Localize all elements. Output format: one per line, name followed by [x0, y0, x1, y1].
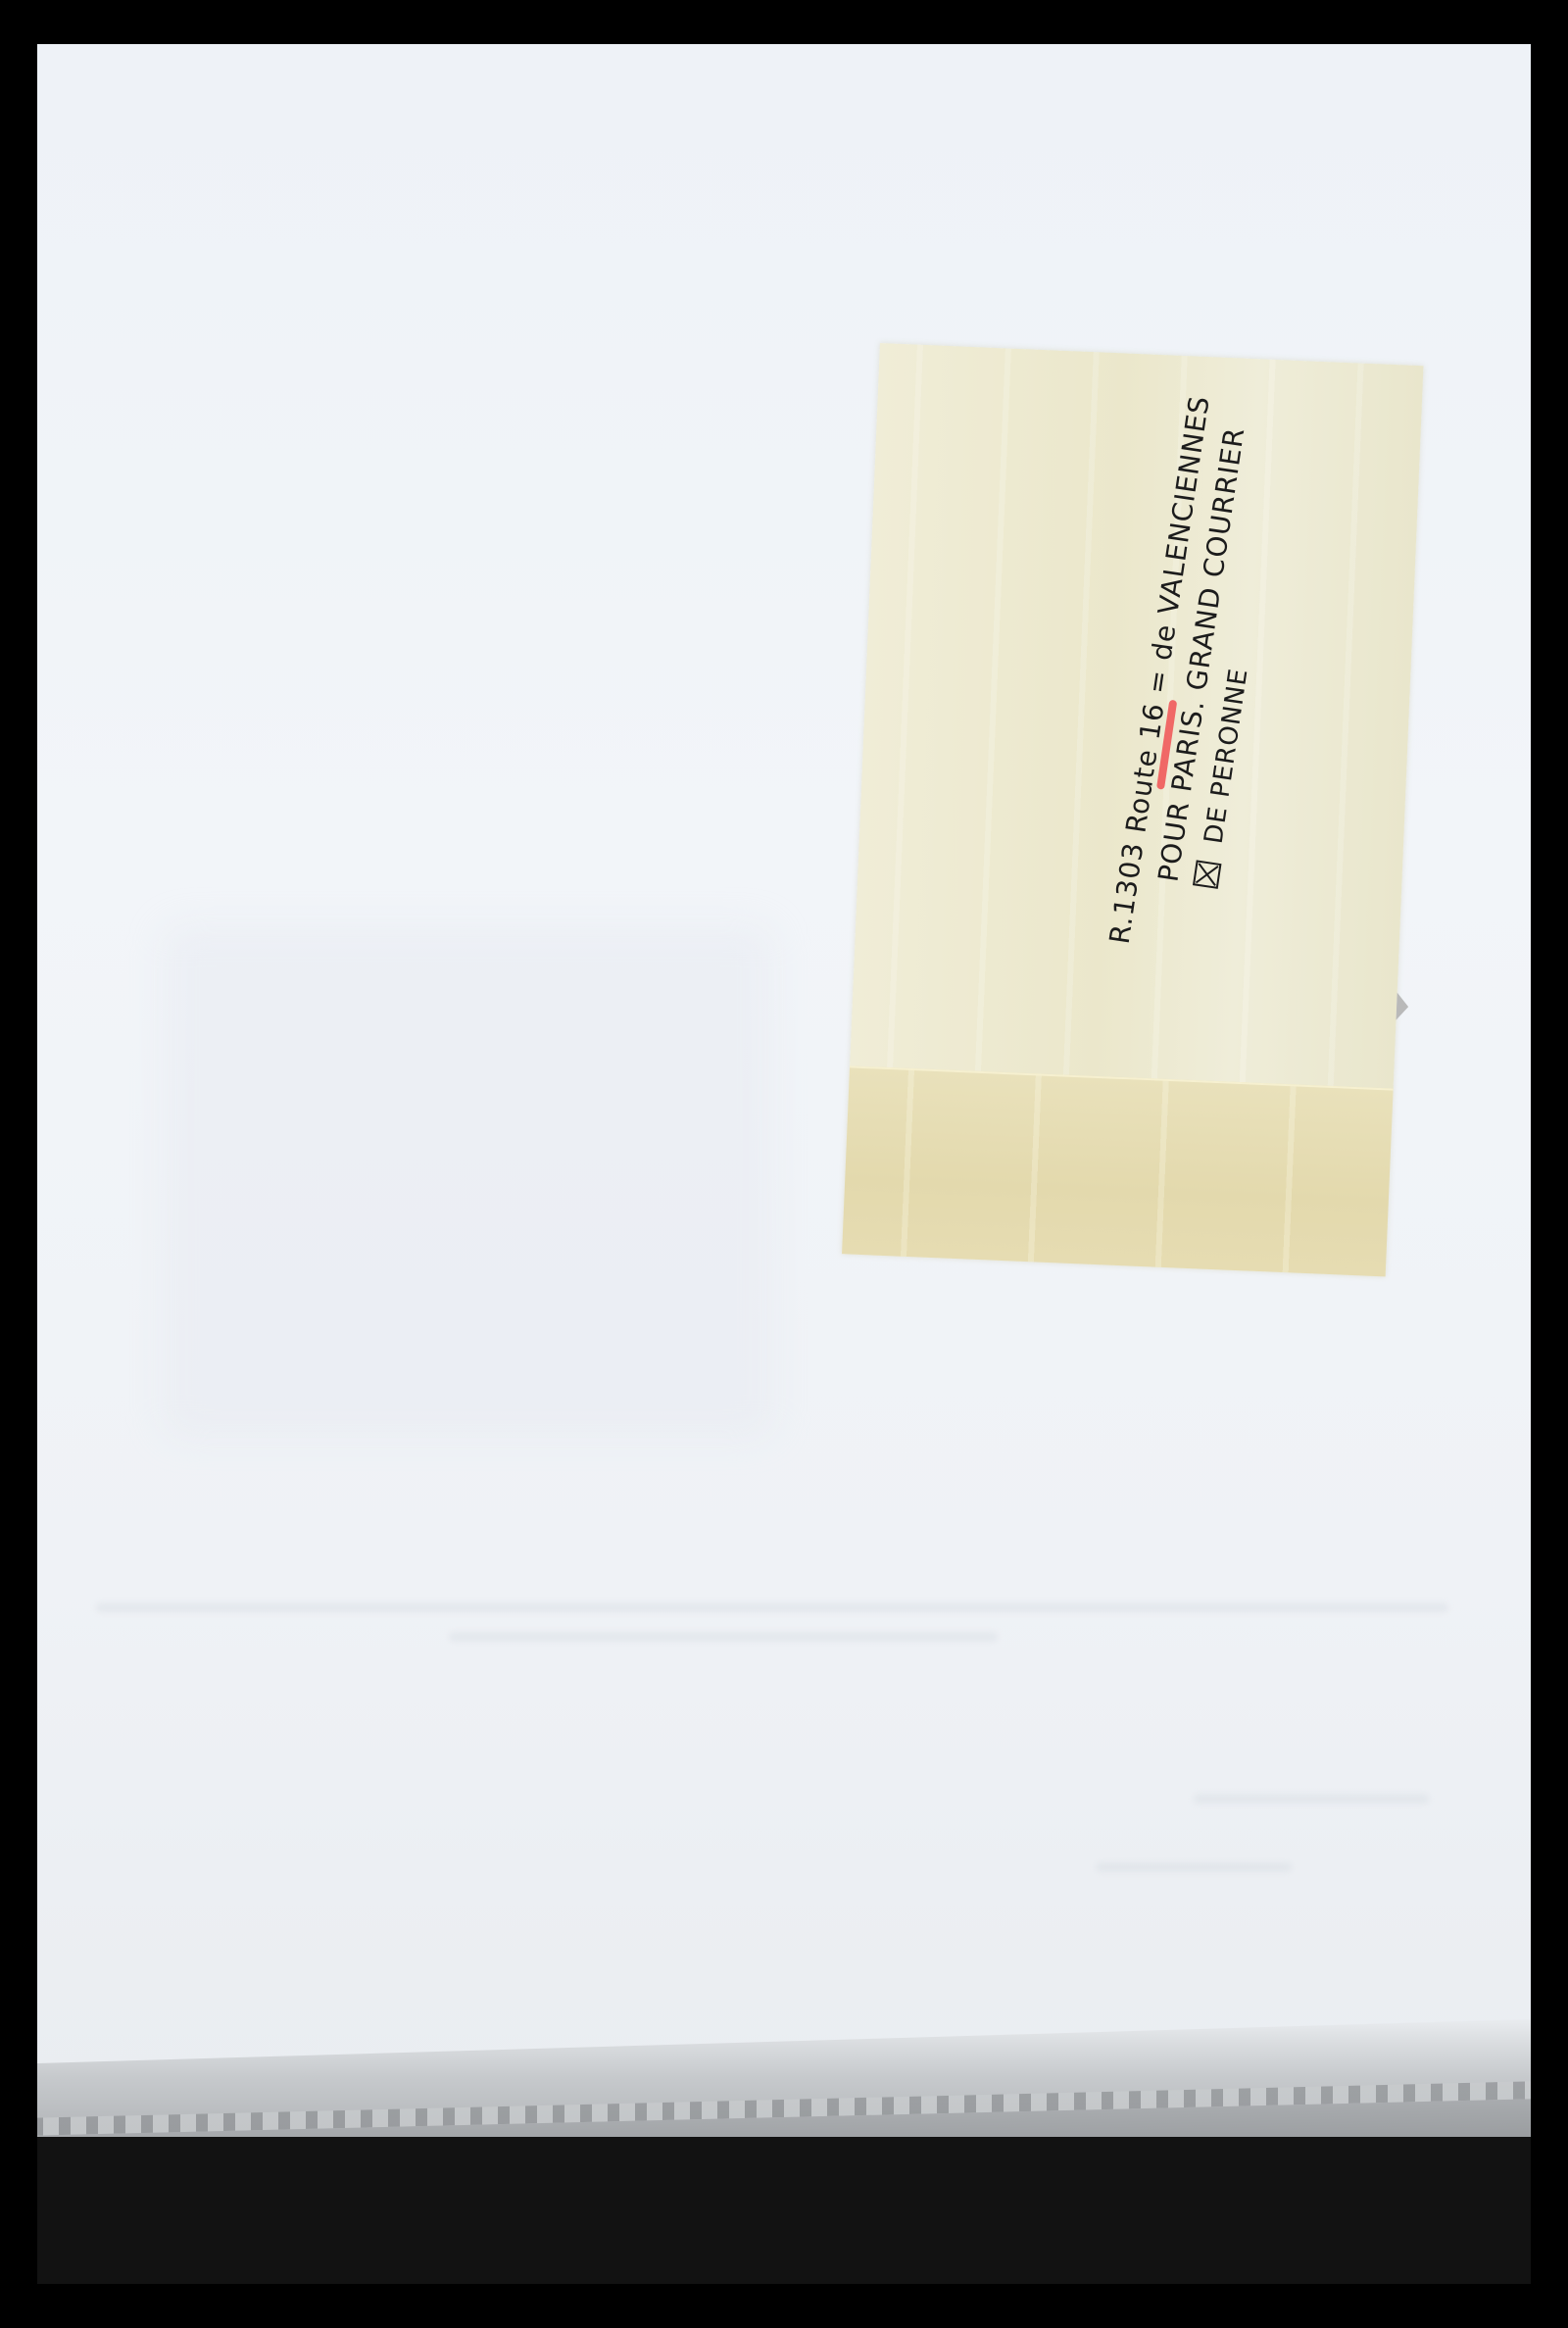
dark-surface	[37, 2137, 1531, 2284]
handwritten-annotation: R.1303 Route 16 = de VALENCIENNES POUR P…	[1101, 393, 1298, 959]
ghost-text-line	[449, 1632, 998, 1642]
envelope-notch	[1396, 993, 1409, 1020]
envelope-flap	[842, 1065, 1394, 1276]
ghost-text-line	[1194, 1794, 1429, 1804]
glassine-envelope: R.1303 Route 16 = de VALENCIENNES POUR P…	[842, 343, 1423, 1276]
ghost-text-line	[1096, 1862, 1292, 1872]
ghost-impression	[165, 926, 772, 1436]
ghost-text-line	[96, 1603, 1448, 1612]
crossed-box-icon	[1193, 860, 1222, 889]
